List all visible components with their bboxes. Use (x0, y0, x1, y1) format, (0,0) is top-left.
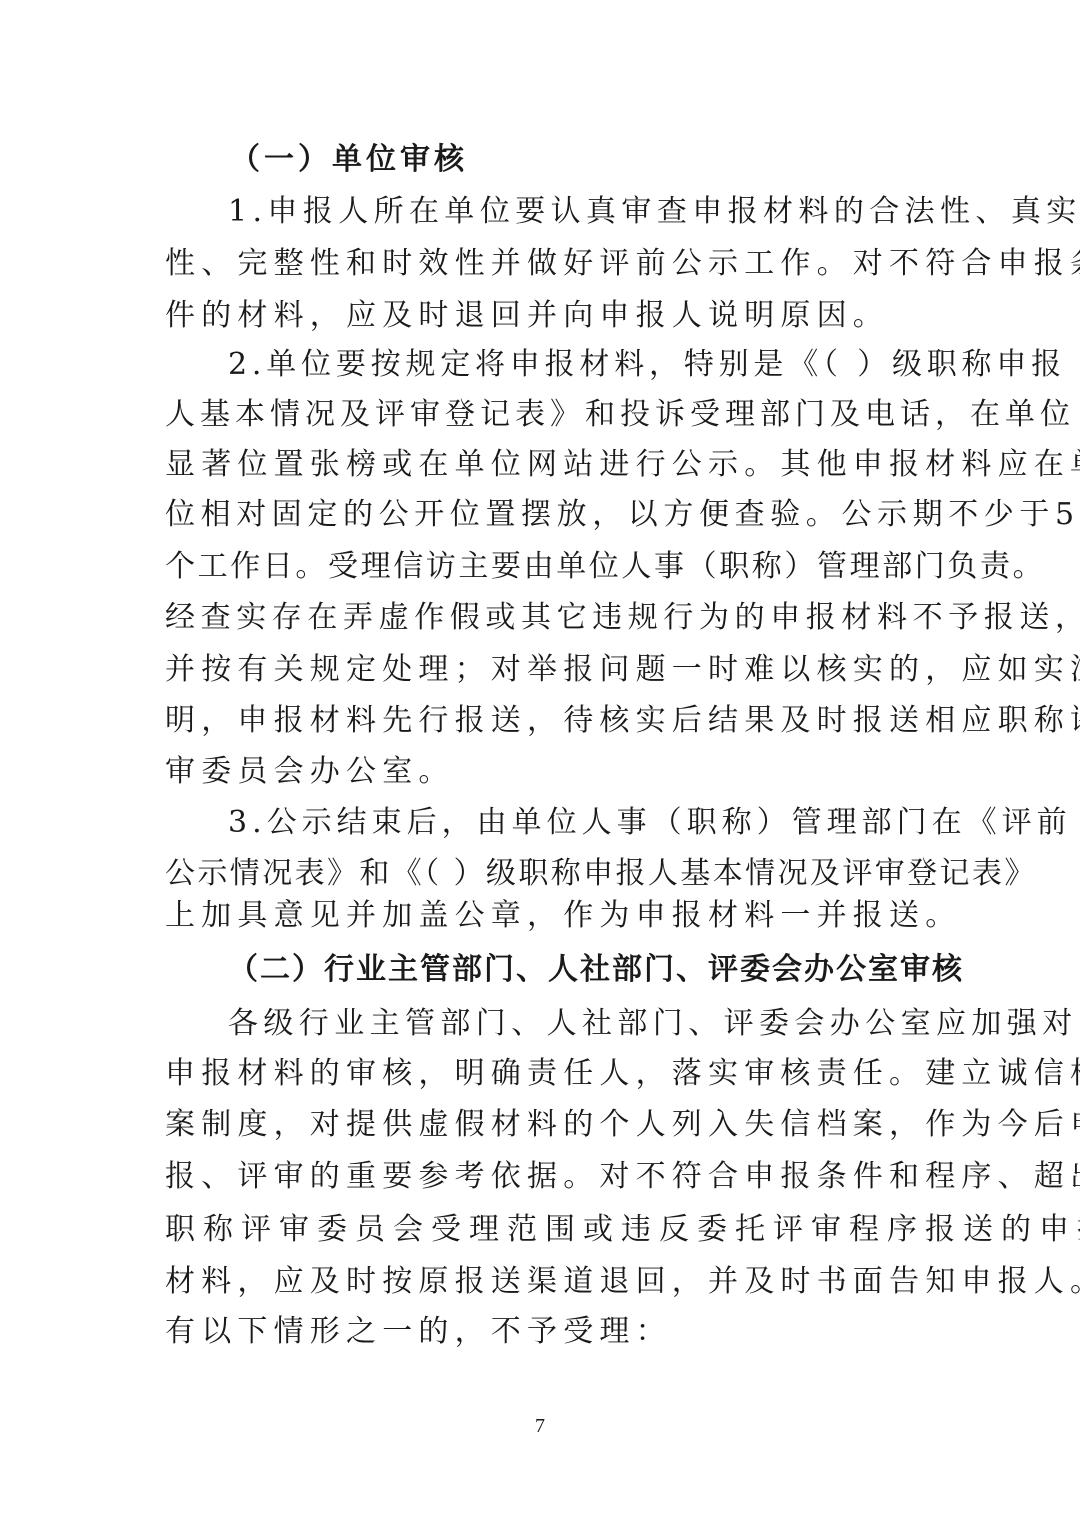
paragraph-line: 审委员会办公室。 (165, 745, 917, 798)
paragraph-line: 并按有关规定处理；对举报问题一时难以核实的，应如实注 (165, 643, 917, 696)
paragraph-line: 1.申报人所在单位要认真审查申报材料的合法性、真实 (228, 185, 918, 238)
paragraph-line: 位相对固定的公开位置摆放，以方便查验。公示期不少于5 (165, 488, 917, 541)
paragraph-line: 有以下情形之一的，不予受理： (165, 1305, 917, 1358)
paragraph-line: 显著位置张榜或在单位网站进行公示。其他申报材料应在单 (165, 438, 917, 491)
paragraph-line: 申报材料的审核，明确责任人，落实审核责任。建立诚信档 (165, 1047, 917, 1100)
document-page: （一）单位审核 1.申报人所在单位要认真审查申报材料的合法性、真实 性、完整性和… (0, 0, 1080, 1527)
paragraph-line: 各级行业主管部门、人社部门、评委会办公室应加强对 (228, 997, 918, 1050)
section-heading-unit-review: （一）单位审核 (230, 133, 982, 186)
paragraph-line: 件的材料，应及时退回并向申报人说明原因。 (165, 289, 917, 342)
paragraph-line: 上加具意见并加盖公章，作为申报材料一并报送。 (165, 889, 917, 942)
paragraph-line: 经查实存在弄虚作假或其它违规行为的申报材料不予报送， (165, 591, 917, 644)
paragraph-line: 性、完整性和时效性并做好评前公示工作。对不符合申报条 (165, 237, 917, 290)
paragraph-line: 明，申报材料先行报送，待核实后结果及时报送相应职称评 (165, 694, 917, 747)
paragraph-line: 2.单位要按规定将申报材料，特别是《（ ）级职称申报 (228, 338, 918, 391)
paragraph-line: 材料，应及时按原报送渠道退回，并及时书面告知申报人。 (165, 1255, 917, 1308)
paragraph-line: 案制度，对提供虚假材料的个人列入失信档案，作为今后申 (165, 1098, 917, 1151)
paragraph-line: 职称评审委员会受理范围或违反委托评审程序报送的申报 (165, 1203, 917, 1256)
page-number: 7 (0, 1415, 1080, 1438)
paragraph-line: 个工作日。受理信访主要由单位人事（职称）管理部门负责。 (165, 540, 917, 593)
section-heading-department-review: （二）行业主管部门、人社部门、评委会办公室审核 (228, 943, 980, 996)
paragraph-line: 报、评审的重要参考依据。对不符合申报条件和程序、超出 (165, 1150, 917, 1203)
paragraph-line: 人基本情况及评审登记表》和投诉受理部门及电话，在单位 (165, 388, 917, 441)
paragraph-line: 3.公示结束后，由单位人事（职称）管理部门在《评前 (228, 796, 918, 849)
